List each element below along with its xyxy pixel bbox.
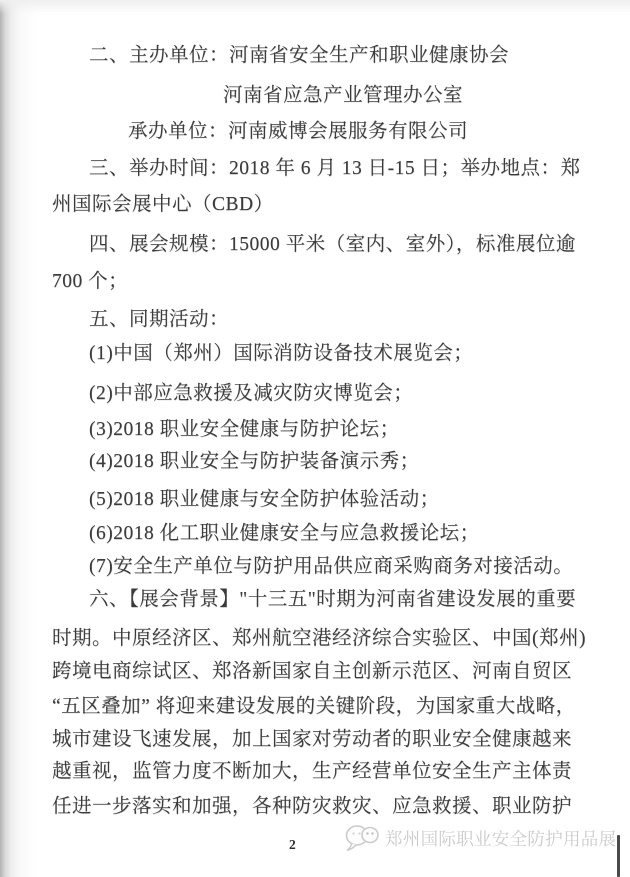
- text-line: (3)2018 职业安全健康与防护论坛；: [89, 418, 400, 441]
- text-line: 承办单位：河南威博会展服务有限公司: [128, 120, 468, 143]
- watermark: 郑州国际职业安全防护用品展: [344, 822, 616, 854]
- text-line: 州国际会展中心（CBD）: [52, 193, 274, 216]
- scan-edge-shadow: [0, 0, 40, 877]
- text-line: 越重视，监管力度不断加大，生产经营单位安全生产主体责: [52, 760, 572, 783]
- text-line: (2)中部应急救援及减灾防灾博览会；: [89, 382, 413, 405]
- text-line: 城市建设飞速发展，加上国家对劳动者的职业安全健康越来: [52, 728, 572, 751]
- page-number: 2: [289, 837, 296, 853]
- text-line: 700 个；: [52, 270, 128, 293]
- text-line: 三、举办时间：2018 年 6 月 13 日-15 日；举办地点：郑: [89, 157, 581, 180]
- text-line: (4)2018 职业安全与防护装备演示秀；: [89, 450, 420, 473]
- text-line: “五区叠加” 将迎来建设发展的关键阶段，为国家重大战略，: [52, 695, 576, 718]
- text-line: 六、【展会背景】"十三五"时期为河南省建设发展的重要: [89, 588, 576, 611]
- text-line: 时期。中原经济区、郑州航空港经济综合实验区、中国(郑州): [52, 627, 586, 650]
- scan-artifact-line: [617, 835, 620, 877]
- text-line: 河南省应急产业管理办公室: [223, 84, 463, 107]
- text-line: 五、同期活动：: [89, 308, 229, 331]
- text-line: (7)安全生产单位与防护用品供应商采购商务对接活动。: [89, 555, 573, 578]
- text-line: 跨境电商综试区、郑洛新国家自主创新示范区、河南自贸区: [52, 660, 572, 683]
- text-line: (1)中国（郑州）国际消防设备技术展览会；: [89, 342, 473, 365]
- text-line: 四、展会规模：15000 平米（室内、室外），标准展位逾: [89, 233, 576, 256]
- text-line: 任进一步落实和加强，各种防灾救灾、应急救援、职业防护: [52, 795, 572, 818]
- wechat-icon: [344, 822, 380, 854]
- text-line: (5)2018 职业健康与安全防护体验活动；: [89, 488, 440, 511]
- scan-top-shadow: [0, 0, 630, 14]
- watermark-text: 郑州国际职业安全防护用品展: [385, 826, 616, 851]
- text-line: (6)2018 化工职业健康安全与应急救援论坛；: [89, 522, 480, 545]
- document-page: 二、主办单位：河南省安全生产和职业健康协会 河南省应急产业管理办公室 承办单位：…: [0, 0, 630, 877]
- text-line: 二、主办单位：河南省安全生产和职业健康协会: [89, 44, 509, 67]
